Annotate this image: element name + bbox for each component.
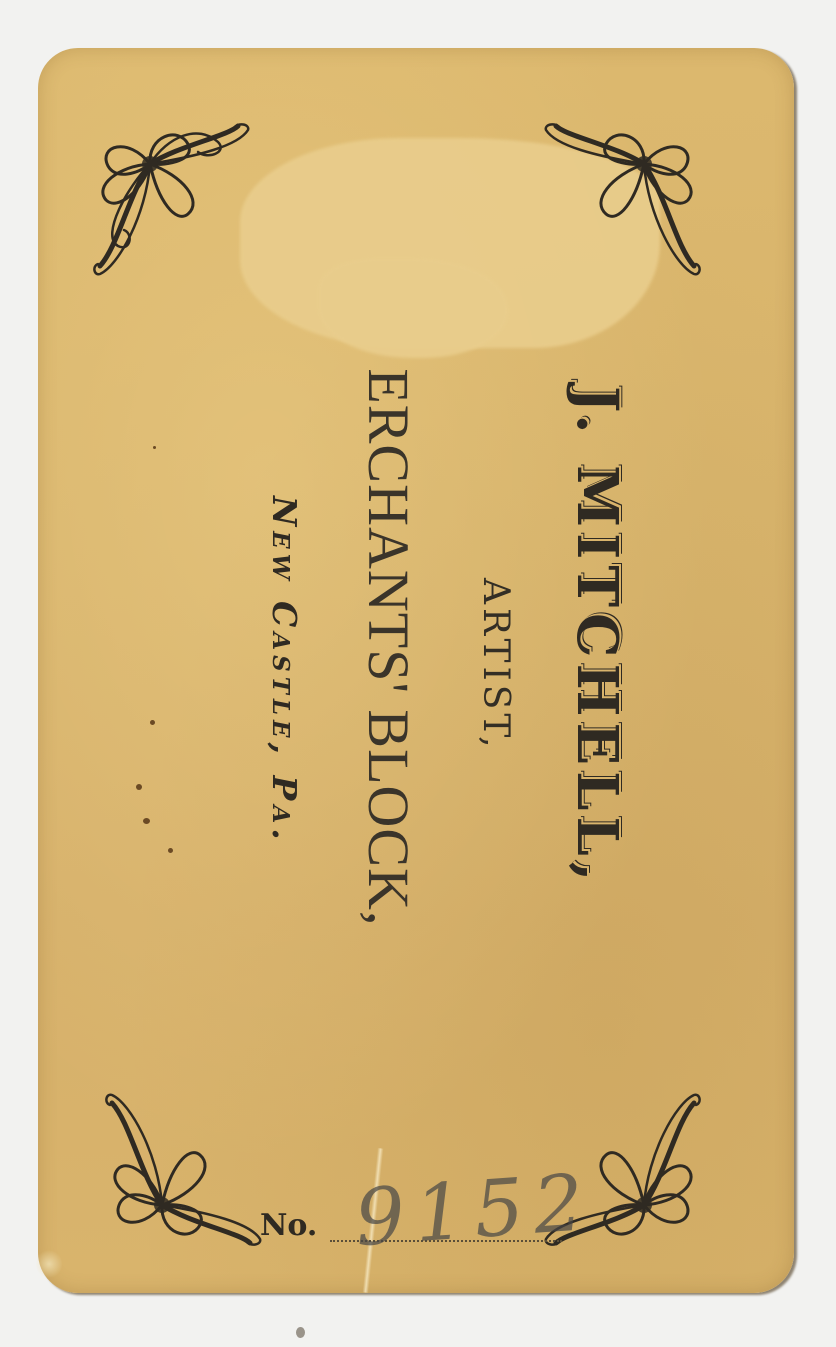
worn-paper-area [318, 258, 508, 358]
foxing-spot [143, 818, 150, 824]
foxing-spot [153, 446, 156, 449]
corner-flourish-ornament-icon [88, 116, 258, 286]
photographer-name: J. MITCHELL, [564, 386, 630, 887]
corner-flourish-ornament-icon [100, 1083, 270, 1253]
photographer-card: J. MITCHELL, ARTIST, IERCHANTS' BLOCK, N… [38, 48, 794, 1293]
scanned-card-image: J. MITCHELL, ARTIST, IERCHANTS' BLOCK, N… [0, 0, 836, 1347]
dust-speck [296, 1327, 305, 1338]
profession-label: ARTIST, [475, 578, 516, 752]
foxing-spot [168, 848, 173, 853]
foxing-spot [136, 784, 142, 790]
foxing-spot [150, 720, 155, 725]
city-state: New Castle, Pa. [265, 496, 304, 845]
studio-address: IERCHANTS' BLOCK, [355, 348, 422, 926]
number-label: No. [260, 1208, 317, 1243]
corner-flourish-ornament-icon [536, 116, 706, 286]
negative-number-field: No. 9152 [260, 1168, 590, 1248]
handwritten-number: 9152 [352, 1158, 596, 1264]
